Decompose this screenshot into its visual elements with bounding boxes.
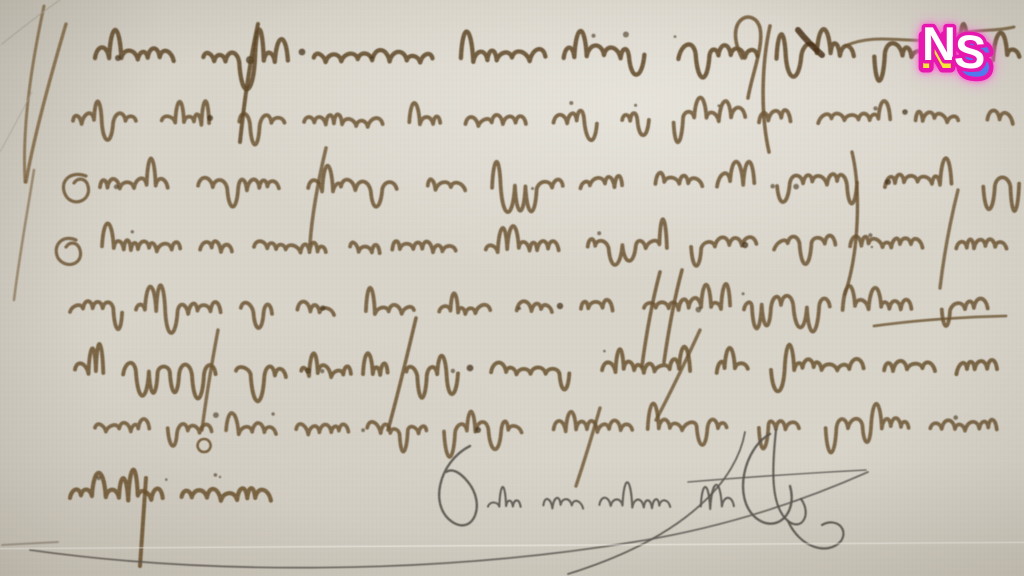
ink-speck xyxy=(717,104,720,107)
line-2 xyxy=(73,97,1013,144)
ink-speck xyxy=(361,428,365,432)
ns-logo-s: S xyxy=(953,24,988,79)
manuscript-canvas xyxy=(0,0,1024,576)
ink-speck xyxy=(219,476,221,478)
ink-speck xyxy=(953,415,958,420)
line6-tall-slash-b xyxy=(656,330,700,420)
ink-speck xyxy=(518,307,521,310)
left-margin-stroke-c xyxy=(14,170,34,300)
ink-speck xyxy=(305,368,311,374)
bottom-left-dash xyxy=(2,542,58,545)
line1-tall-f-a xyxy=(736,17,761,98)
ink-speck xyxy=(531,187,534,190)
ink-speck xyxy=(271,412,274,415)
ink-speck xyxy=(320,305,326,311)
ink-speck xyxy=(873,106,877,110)
ink-speck xyxy=(634,104,637,107)
ink-blot xyxy=(902,109,908,115)
ink-blot xyxy=(475,427,481,433)
line-7 xyxy=(95,403,997,456)
ink-speck xyxy=(871,246,873,248)
ink-speck xyxy=(868,233,872,237)
line6-slash xyxy=(388,318,416,430)
line1-tall-f-b xyxy=(763,26,770,152)
ink-speck xyxy=(131,230,134,233)
line5-tall-f2 xyxy=(664,270,682,362)
ink-speck xyxy=(770,184,775,189)
signature-capital-loop xyxy=(439,446,477,525)
line-5 xyxy=(70,284,988,333)
corner-hairline-a xyxy=(2,0,60,44)
ink-speck xyxy=(97,476,101,480)
handwriting-layer xyxy=(70,24,1019,509)
line7-tall-p xyxy=(576,408,600,486)
line-1 xyxy=(95,24,1019,89)
ink-speck xyxy=(696,307,702,313)
signature-squiggle xyxy=(488,482,734,509)
line5-tall-f1 xyxy=(642,272,660,366)
line-4 xyxy=(102,219,1007,266)
line3-start-spiral xyxy=(63,174,88,201)
ink-speck xyxy=(623,32,629,38)
ink-blot xyxy=(557,303,563,309)
signature-tail-curve xyxy=(568,432,745,574)
line-8 xyxy=(70,470,271,501)
left-margin-stroke-a xyxy=(24,6,44,182)
ns-logo-glyphs: N S N S xyxy=(920,17,993,87)
left-margin-stroke-b xyxy=(26,24,66,182)
ink-speck xyxy=(320,369,324,373)
line4-descender xyxy=(940,190,958,288)
ink-speck xyxy=(451,369,455,373)
line-3 xyxy=(100,158,1019,212)
ink-blot xyxy=(885,179,891,185)
ns-logo-n: N xyxy=(922,17,956,70)
ink-speck xyxy=(742,292,745,295)
ink-speck xyxy=(569,101,573,105)
line4-start-spiral xyxy=(56,238,80,264)
ns-logo: N S N S xyxy=(910,0,1022,96)
ink-blot xyxy=(207,115,213,121)
line5-overline xyxy=(874,316,1006,326)
ink-blot xyxy=(467,365,474,372)
ink-speck xyxy=(114,184,119,189)
line8-o-flourish xyxy=(198,439,211,452)
ink-speck xyxy=(213,412,219,418)
ink-blot xyxy=(299,49,306,56)
ink-speck xyxy=(793,184,799,190)
ink-speck xyxy=(674,35,677,38)
ink-speck xyxy=(597,231,601,235)
ink-blot xyxy=(115,55,121,61)
line3-long-s xyxy=(845,152,857,294)
ink-speck xyxy=(214,473,218,477)
ink-speck xyxy=(370,56,374,60)
ink-speck xyxy=(591,34,595,38)
signature-cross-line xyxy=(688,470,866,482)
line3-descender xyxy=(310,148,326,244)
manuscript-photo: N S N S xyxy=(0,0,1024,576)
ink-blot xyxy=(742,242,748,248)
ink-speck xyxy=(603,350,606,353)
ink-speck xyxy=(165,478,168,481)
